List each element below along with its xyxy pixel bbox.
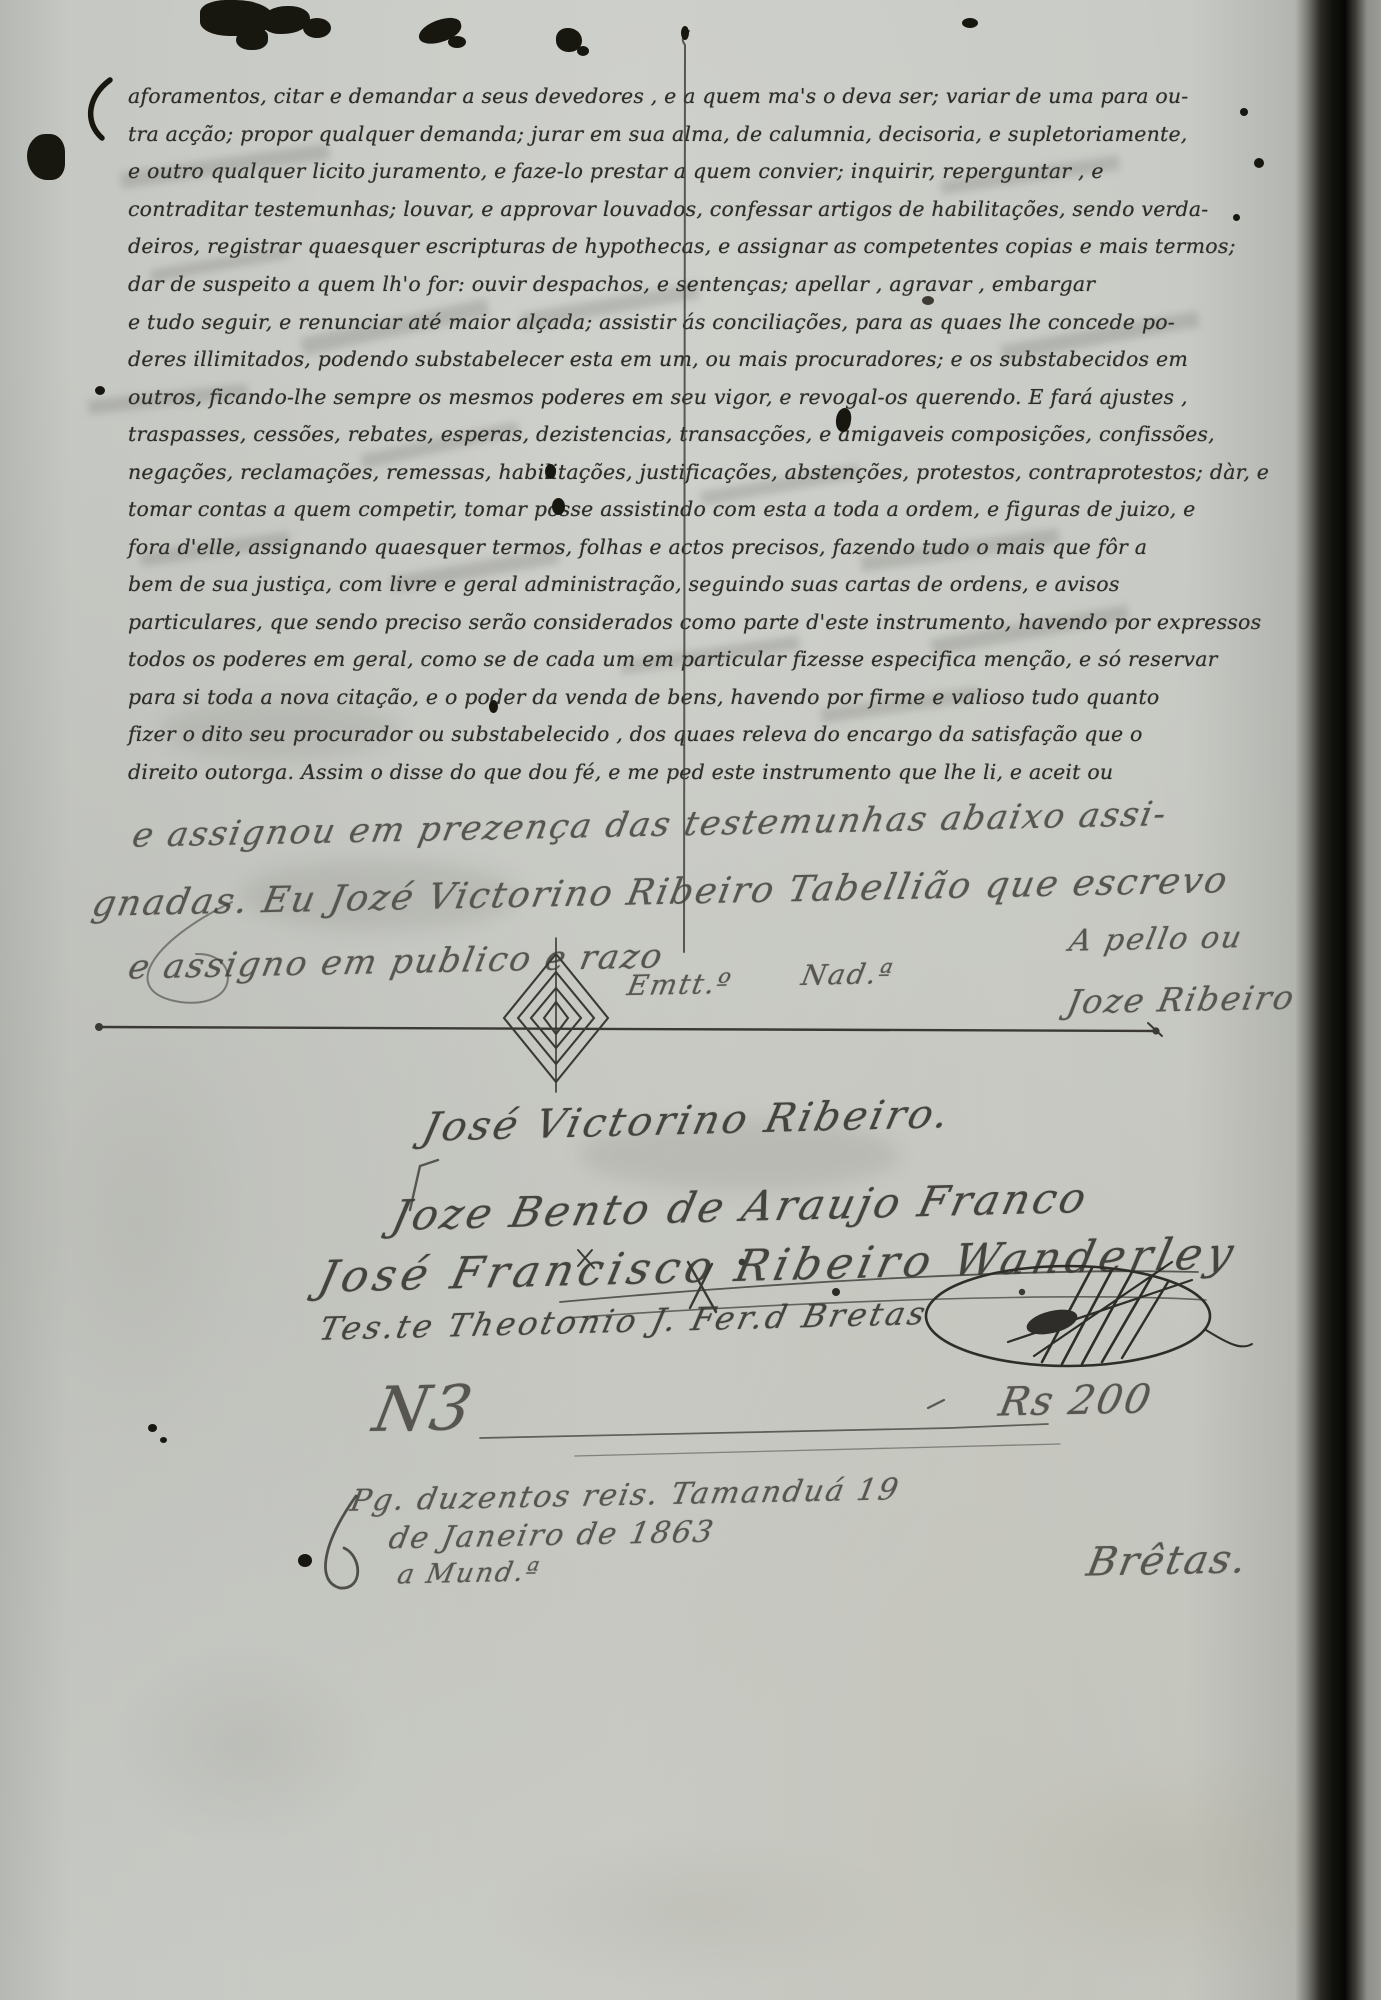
pen-cross [688,1262,716,1312]
page-edge-shadow [1295,0,1381,2000]
diamond-flourish [504,938,608,1092]
ink-blob [1240,108,1248,116]
ink-blob [448,36,466,48]
ink-blob [303,18,331,38]
ink-blob [577,46,589,56]
ink-mark [91,80,110,138]
scanned-document-page: aforamentos, citar e demandar a seus dev… [0,0,1381,2000]
ink-blob [298,1554,312,1567]
pen-flourish [148,902,232,1003]
ink-blob [962,18,978,28]
ink-blob [95,386,105,395]
ink-blob [489,700,498,713]
closing-line [97,1027,1158,1031]
ink-blob [1254,158,1264,168]
number-underline [480,1424,1048,1438]
rubric-oval [926,1262,1252,1366]
vertical-rule [683,31,689,952]
ink-blob [27,134,65,180]
ink-blob [1233,214,1240,221]
ink-blob [922,296,934,305]
ink-blob [552,498,565,515]
pen-flourish [325,1496,357,1588]
ink-line-work [0,0,1381,2000]
ink-blob [545,464,556,479]
ink-blob [236,28,268,50]
ink-blob [160,1437,167,1443]
pen-tick [410,1160,438,1210]
ink-blob [681,26,689,40]
ink-blob [148,1424,157,1432]
